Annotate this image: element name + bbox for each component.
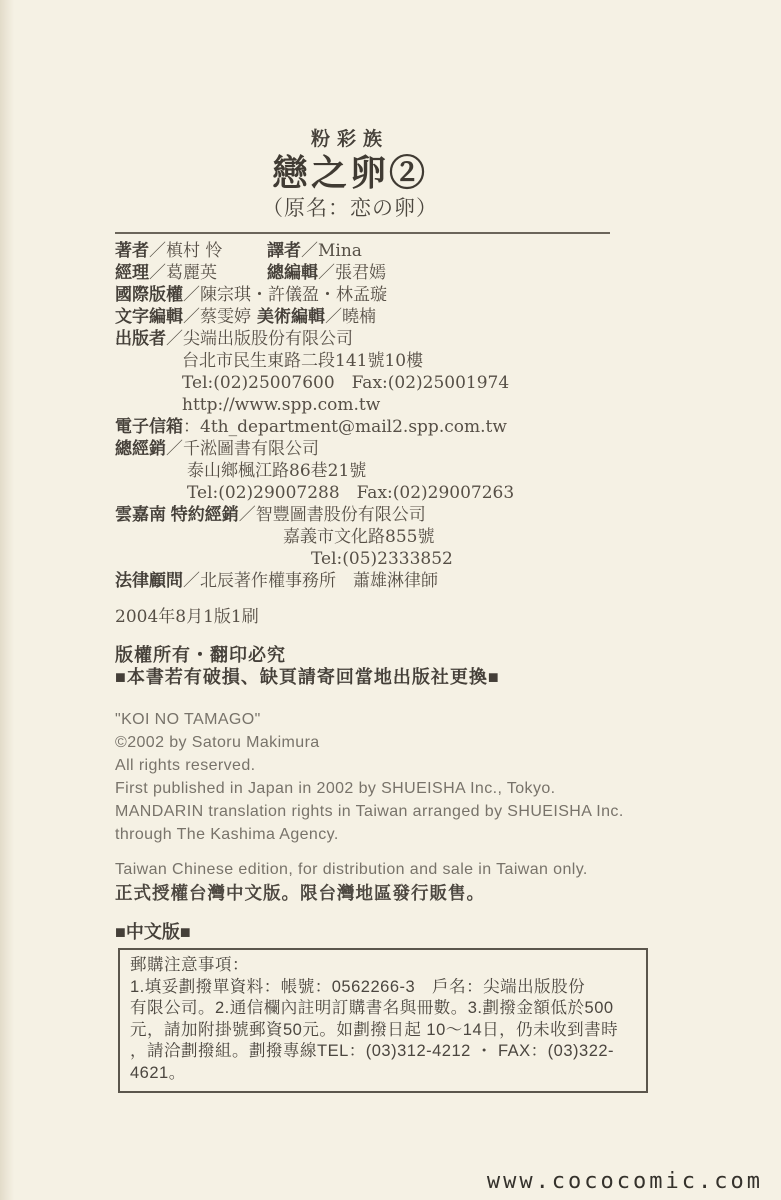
credit-translator-sep: ／ [301, 241, 318, 261]
edition-date: 2004年8月1版1刷 [115, 606, 660, 628]
credit-distributor-value: 千淞圖書有限公司 [183, 439, 319, 459]
credits-block: 著者／槙村 怜譯者／Mina 經理／葛麗英總編輯／張君嫣 國際版權／陳宗琪・許儀… [115, 240, 660, 592]
credit-translator-value: Mina [318, 241, 362, 261]
credit-manager-sep: ／ [149, 263, 166, 283]
credit-translator-label: 譯者 [267, 241, 301, 260]
credit-regional-label: 雲嘉南 特約經銷 [115, 505, 239, 524]
mail-order-line2: 有限公司。2.通信欄內註明訂購書名與冊數。3.劃撥金額低於500 [130, 998, 636, 1020]
credit-line-legal: 法律顧問／北辰著作權事務所 蕭雄淋律師 [115, 570, 660, 592]
mail-order-line3: 元，請加附掛號郵資50元。如劃撥日起 10～14日，仍未收到書時 [130, 1020, 636, 1042]
distributor-address: 泰山鄉楓江路86巷21號 [115, 460, 660, 482]
title-block: 粉彩族 戀之卵② （原名：恋の卵） [115, 128, 585, 222]
credit-line-distributor: 總經銷／千淞圖書有限公司 [115, 438, 660, 460]
credit-email-value: 4th_department@mail2.spp.com.tw [200, 417, 507, 437]
credit-distributor-sep: ／ [166, 439, 183, 459]
credit-chief-editor-label: 總編輯 [267, 263, 318, 282]
english-line-rights: All rights reserved. [115, 754, 660, 777]
credit-line-editors: 文字編輯／蔡雯婷美術編輯／曉楠 [115, 306, 660, 328]
copyright-line1: 版權所有・翻印必究 [115, 644, 660, 666]
english-line-first-published: First published in Japan in 2002 by SHUE… [115, 777, 660, 800]
credit-line-publisher: 出版者／尖端出版股份有限公司 [115, 328, 660, 350]
original-title: （原名：恋の卵） [115, 194, 585, 222]
credit-text-editor-sep: ／ [183, 307, 200, 327]
content-column: 粉彩族 戀之卵② （原名：恋の卵） 著者／槙村 怜譯者／Mina 經理／葛麗英總… [115, 0, 660, 1093]
divider-rule [115, 232, 610, 234]
credit-intl-rights-sep: ／ [183, 285, 200, 305]
credit-distributor-label: 總經銷 [115, 439, 166, 458]
credit-manager-value: 葛麗英 [166, 263, 217, 283]
credit-text-editor-value: 蔡雯婷 [200, 307, 251, 327]
credit-author-label: 著者 [115, 241, 149, 260]
credit-line-intl-rights: 國際版權／陳宗琪・許儀盈・林孟璇 [115, 284, 660, 306]
credit-art-editor-sep: ／ [325, 307, 342, 327]
credit-legal-sep: ／ [183, 571, 200, 591]
distributor-tel-fax: Tel:(02)29007288 Fax:(02)29007263 [115, 482, 660, 504]
credit-chief-editor-sep: ／ [318, 263, 335, 283]
mail-order-box: 郵購注意事項： 1.填妥劃撥單資料：帳號：0562266-3 戶名：尖端出版股份… [118, 948, 648, 1093]
credit-email-label: 電子信箱 [115, 417, 183, 436]
book-title: 戀之卵② [115, 152, 585, 194]
publisher-address: 台北市民生東路二段141號10樓 [115, 350, 660, 372]
english-copyright-block: "KOI NO TAMAGO" ©2002 by Satoru Makimura… [115, 708, 660, 846]
credit-line-email: 電子信箱：4th_department@mail2.spp.com.tw [115, 416, 660, 438]
credit-intl-rights-value: 陳宗琪・許儀盈・林孟璇 [200, 285, 387, 305]
credit-legal-value: 北辰著作權事務所 蕭雄淋律師 [200, 571, 438, 591]
credit-legal-label: 法律顧問 [115, 571, 183, 590]
english-line-title: "KOI NO TAMAGO" [115, 708, 660, 731]
taiwan-edition-chinese: 正式授權台灣中文版。限台灣地區發行販售。 [115, 881, 660, 906]
taiwan-edition-english: Taiwan Chinese edition, for distribution… [115, 858, 660, 881]
regional-address: 嘉義市文化路855號 [115, 526, 660, 548]
credit-art-editor-value: 曉楠 [342, 307, 376, 327]
credit-regional-value: 智豐圖書股份有限公司 [256, 505, 426, 525]
copyright-line2: ■本書若有破損、缺頁請寄回當地出版社更換■ [115, 666, 660, 688]
mail-order-line1: 1.填妥劃撥單資料：帳號：0562266-3 戶名：尖端出版股份 [130, 977, 636, 999]
credit-manager: 經理／葛麗英 [115, 262, 267, 284]
copyright-block: 版權所有・翻印必究 ■本書若有破損、缺頁請寄回當地出版社更換■ [115, 644, 660, 688]
credit-email-sep: ： [183, 417, 200, 437]
credit-chief-editor-value: 張君嫣 [335, 263, 386, 283]
english-line-agency: through The Kashima Agency. [115, 823, 660, 846]
mail-order-line5: 4621。 [130, 1063, 636, 1085]
credit-text-editor: 文字編輯／蔡雯婷 [115, 306, 257, 328]
watermark-url: www.cococomic.com [487, 1169, 763, 1194]
chinese-edition-marker: ■中文版■ [115, 921, 660, 943]
colophon-page: 粉彩族 戀之卵② （原名：恋の卵） 著者／槙村 怜譯者／Mina 經理／葛麗英總… [0, 0, 781, 1200]
credit-publisher-sep: ／ [166, 329, 183, 349]
credit-author-value: 槙村 怜 [166, 241, 222, 261]
credit-publisher-label: 出版者 [115, 329, 166, 348]
publisher-url: http://www.spp.com.tw [115, 394, 660, 416]
regional-tel: Tel:(05)2333852 [115, 548, 660, 570]
credit-line-regional: 雲嘉南 特約經銷／智豐圖書股份有限公司 [115, 504, 660, 526]
english-line-mandarin: MANDARIN translation rights in Taiwan ar… [115, 800, 660, 823]
mail-order-line4: ，請洽劃撥組。劃撥專線TEL：(03)312-4212 ・ FAX：(03)32… [130, 1041, 636, 1063]
credit-intl-rights-label: 國際版權 [115, 285, 183, 304]
credit-art-editor-label: 美術編輯 [257, 307, 325, 326]
credit-author-sep: ／ [149, 241, 166, 261]
credit-text-editor-label: 文字編輯 [115, 307, 183, 326]
credit-line-author: 著者／槙村 怜譯者／Mina [115, 240, 660, 262]
english-line-copyright: ©2002 by Satoru Makimura [115, 731, 660, 754]
credit-manager-label: 經理 [115, 263, 149, 282]
credit-regional-sep: ／ [239, 505, 256, 525]
mail-order-heading: 郵購注意事項： [130, 955, 636, 977]
publisher-tel-fax: Tel:(02)25007600 Fax:(02)25001974 [115, 372, 660, 394]
credit-line-manager: 經理／葛麗英總編輯／張君嫣 [115, 262, 660, 284]
taiwan-edition-block: Taiwan Chinese edition, for distribution… [115, 858, 660, 906]
credit-publisher-value: 尖端出版股份有限公司 [183, 329, 353, 349]
credit-author: 著者／槙村 怜 [115, 240, 267, 262]
series-title: 粉彩族 [115, 128, 585, 152]
